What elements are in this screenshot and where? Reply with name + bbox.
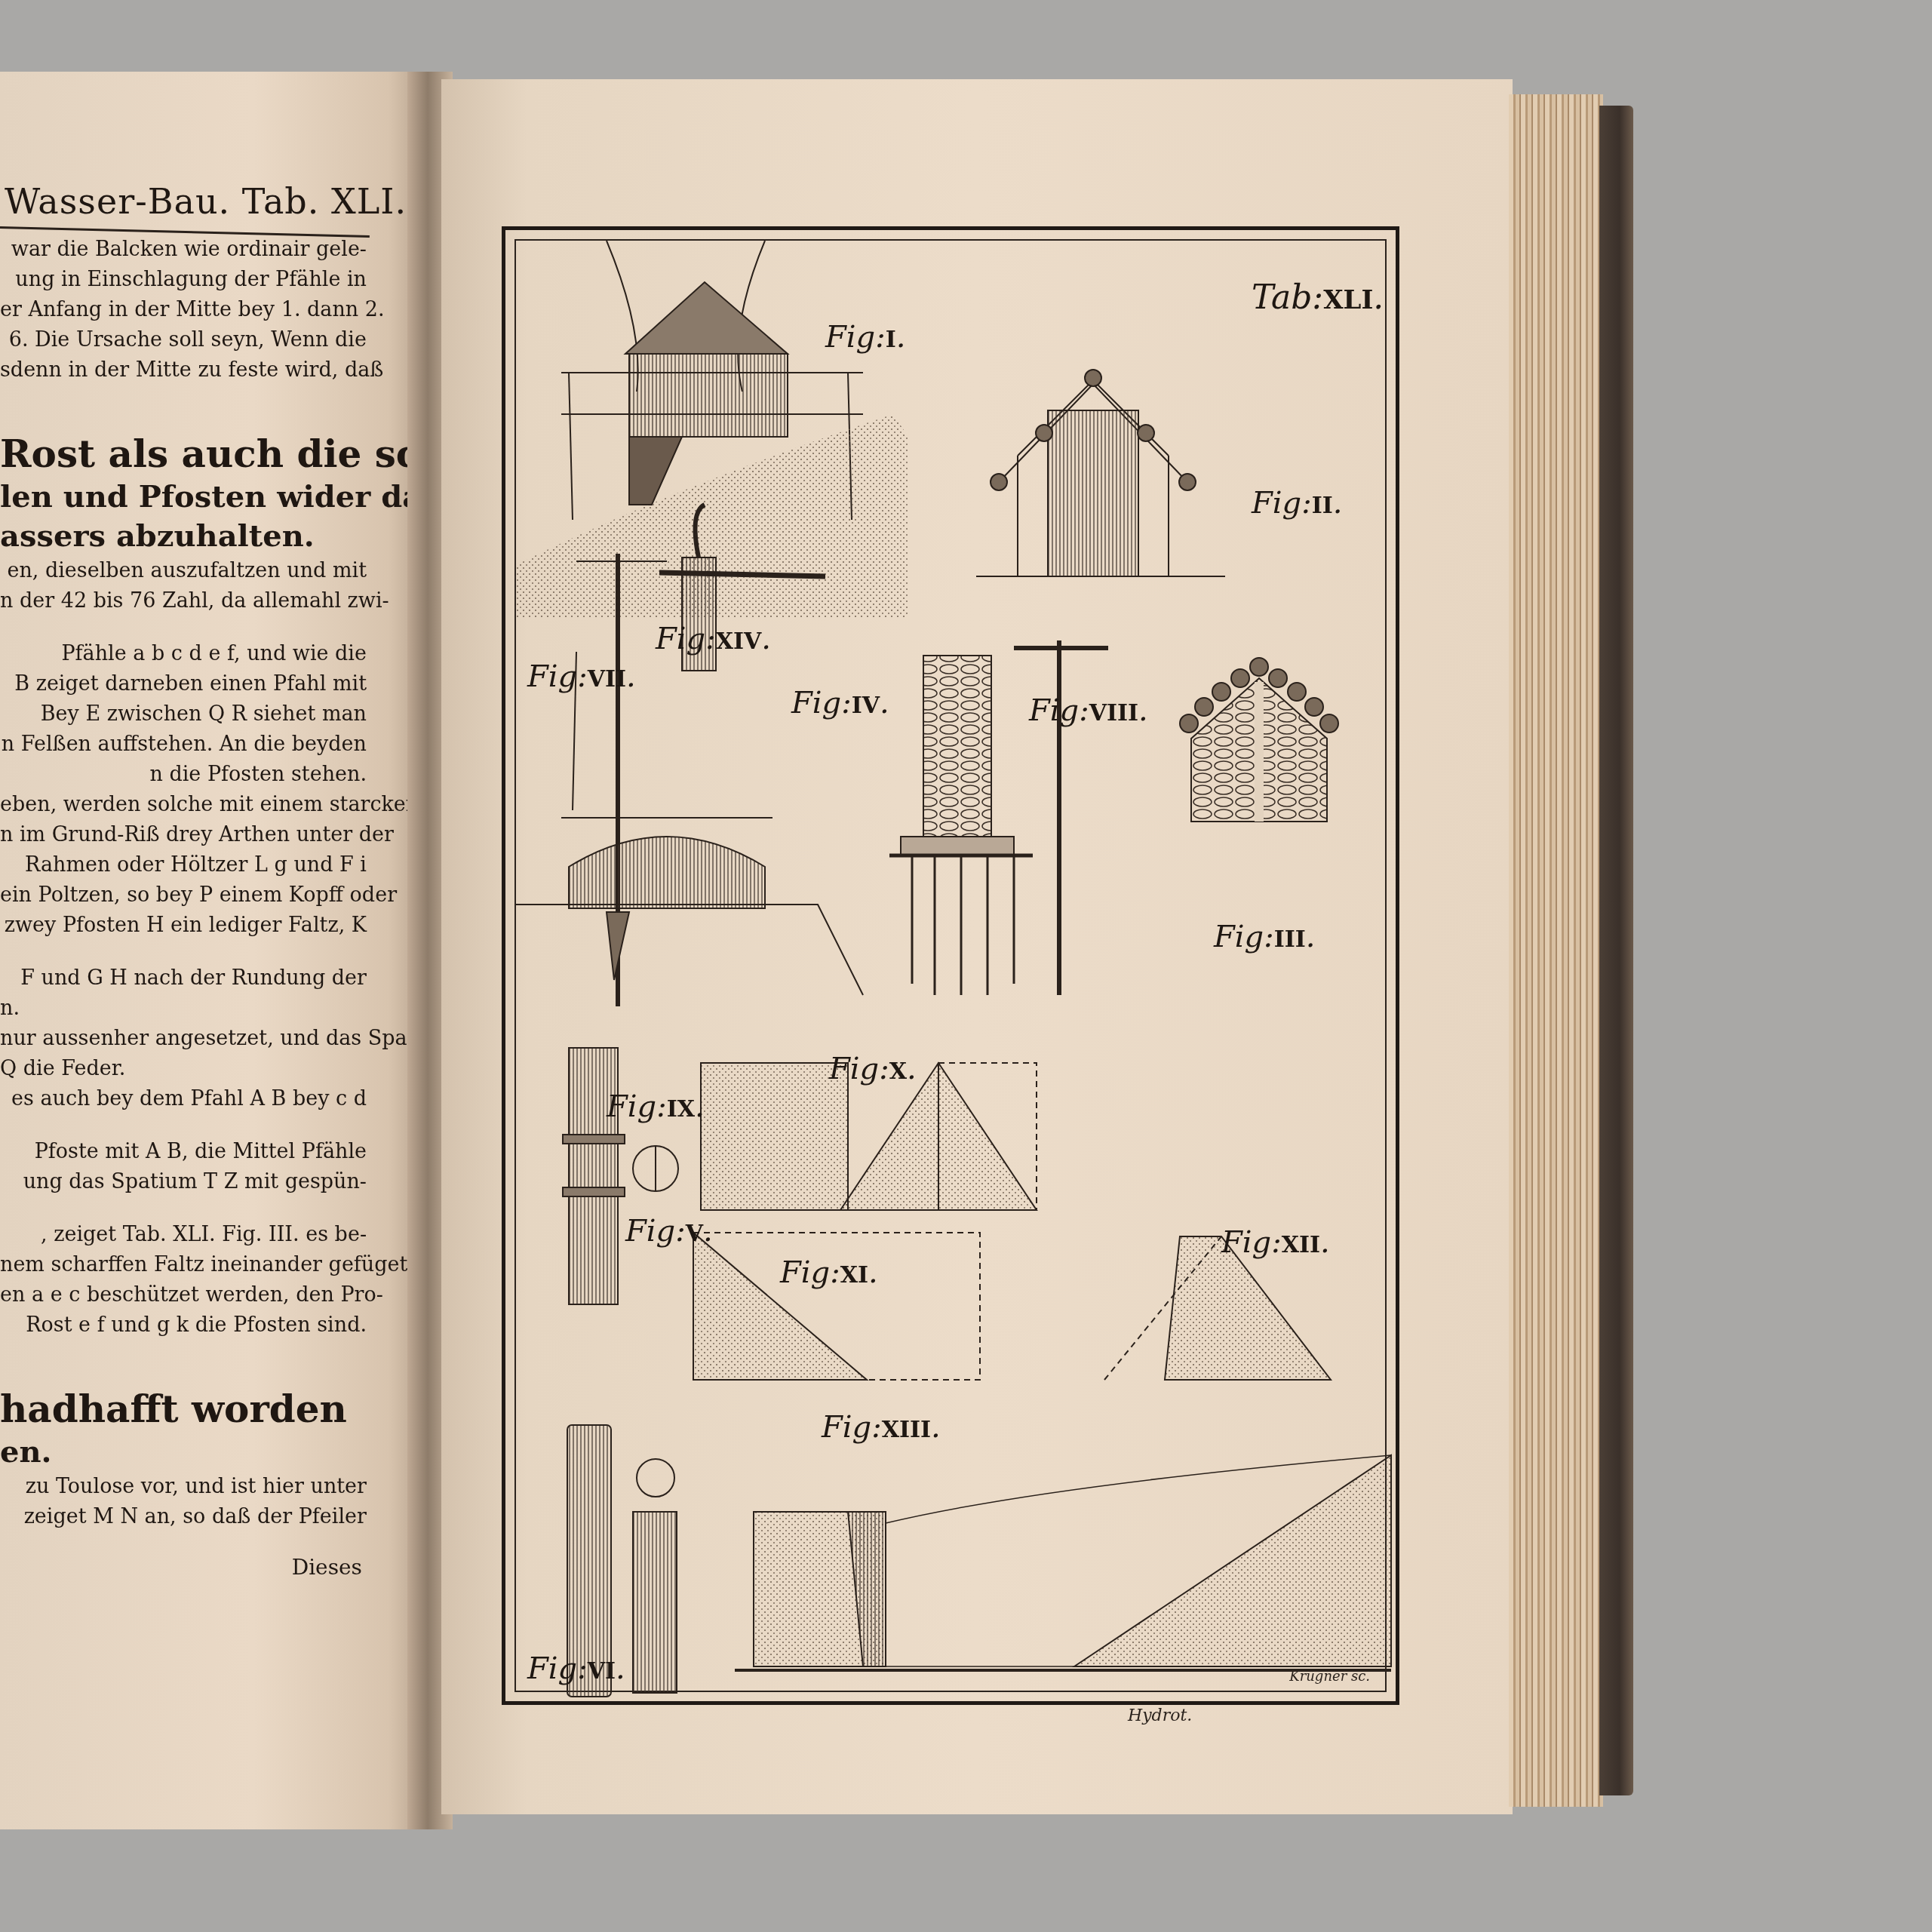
text-line: nur aussenher angesetzet, und das Spa-	[0, 1024, 370, 1054]
text-line: zeiget M N an, so daß der Pfeiler	[0, 1502, 370, 1532]
fig3-drawing	[1180, 658, 1338, 822]
fig8-label: Fig:VIII.	[1029, 693, 1148, 728]
section-heading: len und Pfosten wider das	[0, 478, 370, 517]
text-line: zwey Pfosten H ein lediger Faltz, K	[0, 911, 370, 941]
text-line: 6. Die Ursache soll seyn, Wenn die	[0, 325, 370, 355]
text-line: n im Grund-Riß drey Arthen unter der	[0, 820, 370, 850]
fig1-label: Fig:I.	[825, 320, 905, 355]
text-line: n Felßen auffstehen. An die beyden	[0, 729, 370, 760]
text-line: Rahmen oder Höltzer L g und F i	[0, 850, 370, 880]
section-heading: assers abzuhalten.	[0, 517, 370, 556]
plate-title: Tab:XLI.	[1252, 278, 1384, 317]
text-line: er Anfang in der Mitte bey 1. dann 2.	[0, 295, 370, 325]
fig9-drawing	[701, 1063, 848, 1210]
fig14-label: Fig:XIV.	[656, 622, 771, 656]
fig2-label: Fig:II.	[1252, 486, 1342, 521]
text-line: ung das Spatium T Z mit gespün-	[0, 1167, 370, 1197]
fig4-drawing	[889, 656, 1033, 995]
fig9-label: Fig:IX.	[607, 1089, 705, 1124]
text-line: n die Pfosten stehen.	[0, 760, 370, 790]
fig4-label: Fig:IV.	[791, 686, 889, 720]
engraved-plate: Tab:XLI. Fig:I. Fig:II. Fig:III. Fig:IV.…	[502, 226, 1399, 1705]
book-cover-edge	[1599, 106, 1633, 1795]
text-line: en a e c beschützet werden, den Pro-	[0, 1280, 370, 1310]
text-line: Q die Feder.	[0, 1054, 370, 1084]
text-line: nem scharffen Faltz ineinander gefüget	[0, 1250, 370, 1280]
text-line: eben, werden solche mit einem starcken	[0, 790, 370, 820]
text-line: Pfähle a b c d e f, und wie die	[0, 639, 370, 669]
text-line: en, dieselben auszufaltzen und mit	[0, 556, 370, 586]
fig13-drawing	[735, 1455, 1391, 1670]
plate-inner-border: Tab:XLI. Fig:I. Fig:II. Fig:III. Fig:IV.…	[514, 239, 1387, 1692]
section-heading: hadhafft worden	[0, 1386, 370, 1433]
plate-drawings	[516, 241, 1393, 1698]
text-line: sdenn in der Mitte zu feste wird, daß	[0, 355, 370, 385]
catchword: Dieses	[0, 1555, 370, 1580]
text-line: war die Balcken wie ordinair gele-	[0, 235, 370, 265]
text-line: F und G H nach der Rundung der	[0, 963, 370, 994]
section-heading: en.	[0, 1433, 370, 1472]
fig10-label: Fig:X.	[829, 1052, 917, 1086]
fig6-label: Fig:VI.	[527, 1651, 625, 1686]
text-line: , zeiget Tab. XLI. Fig. III. es be-	[0, 1220, 370, 1250]
left-page: Wasser-Bau. Tab. XLI. war die Balcken wi…	[0, 72, 422, 1829]
fig5-label: Fig:V.	[625, 1214, 713, 1249]
engraver-signature: Krügner sc.	[1289, 1669, 1370, 1685]
fig11-label: Fig:XI.	[780, 1255, 878, 1290]
text-line: zu Toulose vor, und ist hier unter	[0, 1472, 370, 1502]
plate-caption: Hydrot.	[1128, 1706, 1192, 1725]
text-line: es auch bey dem Pfahl A B bey c d	[0, 1084, 370, 1114]
fig13-label: Fig:XIII.	[822, 1410, 941, 1445]
fig2-drawing	[976, 370, 1225, 576]
text-line: Rost e f und g k die Pfosten sind.	[0, 1310, 370, 1341]
fig5-drawing	[563, 1048, 678, 1304]
text-line: B zeiget darneben einen Pfahl mit	[0, 669, 370, 699]
text-line: ein Poltzen, so bey P einem Kopff oder	[0, 880, 370, 911]
text-line: ung in Einschlagung der Pfähle in	[0, 265, 370, 295]
fig3-label: Fig:III.	[1214, 920, 1315, 954]
text-line: n der 42 bis 76 Zahl, da allemahl zwi-	[0, 586, 370, 616]
running-head: Wasser-Bau. Tab. XLI.	[5, 181, 370, 222]
text-line: Bey E zwischen Q R siehet man	[0, 699, 370, 729]
page-edges	[1509, 94, 1603, 1807]
fig12-label: Fig:XII.	[1221, 1225, 1330, 1260]
text-line: Pfoste mit A B, die Mittel Pfähle	[0, 1137, 370, 1167]
text-line: n.	[0, 994, 370, 1024]
section-heading: Rost als auch die schad-	[0, 431, 370, 478]
fig7-label: Fig:VII.	[527, 659, 636, 694]
left-page-text: Wasser-Bau. Tab. XLI. war die Balcken wi…	[0, 181, 370, 1580]
